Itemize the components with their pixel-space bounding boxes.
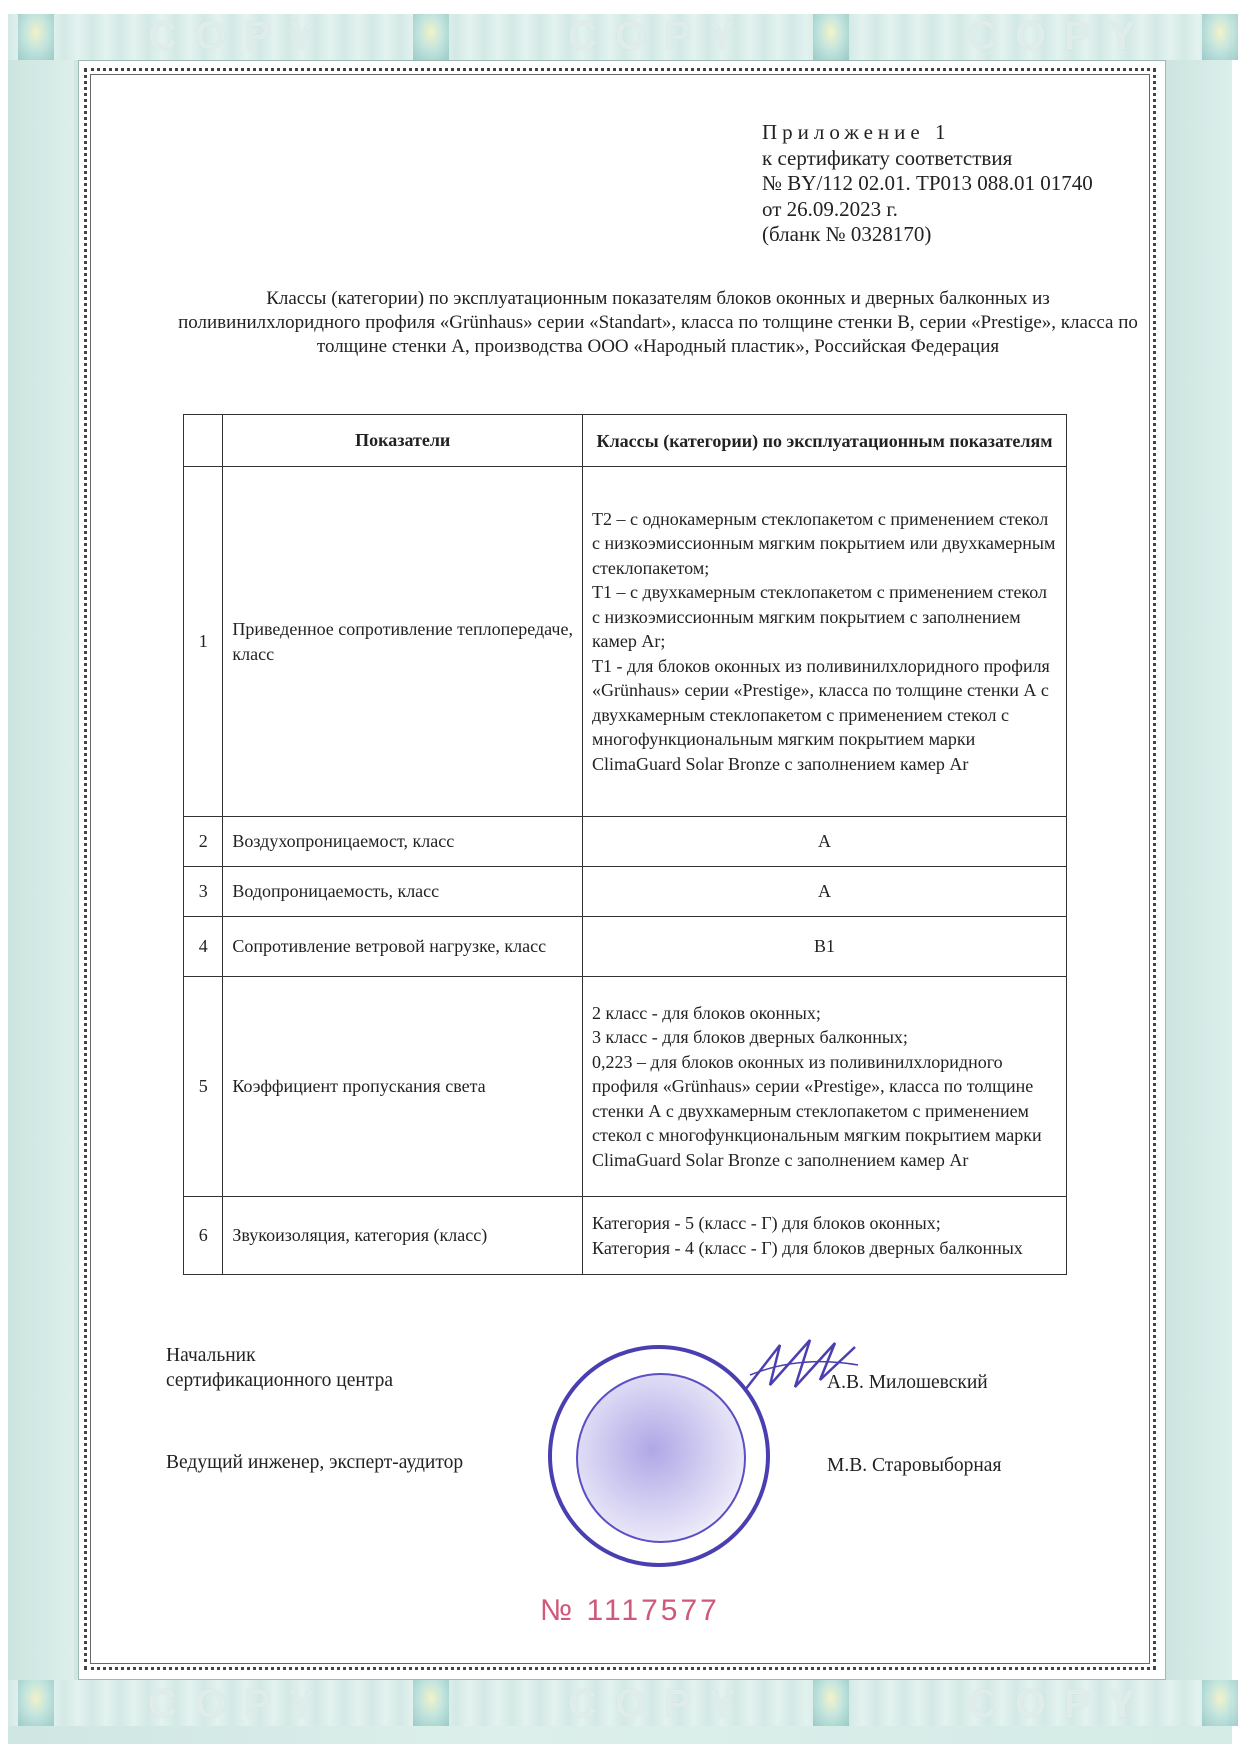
copy-watermark: COPY	[968, 1682, 1153, 1727]
table-row: 3 Водопроницаемость, класс А	[184, 867, 1067, 917]
copy-watermark: COPY	[148, 14, 333, 59]
bottom-copy-band: COPY COPY COPY	[8, 1680, 1232, 1726]
head-title-line1: Начальник	[166, 1343, 393, 1368]
table-row: 6 Звукоизоляция, категория (класс) Катег…	[184, 1197, 1067, 1275]
row-value: Категория - 5 (класс - Г) для блоков око…	[583, 1197, 1067, 1275]
appendix-header: Приложение 1 к сертификату соответствия …	[762, 120, 1093, 248]
row-num: 1	[184, 467, 223, 817]
certificate-number: № BY/112 02.01. ТР013 088.01 01740	[762, 171, 1093, 197]
header-indicator: Показатели	[223, 415, 583, 467]
right-security-strip	[1166, 60, 1232, 1680]
engineer-name: М.В. Старовыборная	[827, 1453, 1001, 1478]
hologram-icon	[18, 14, 54, 60]
appendix-title: Приложение 1	[762, 120, 1093, 146]
hologram-icon	[413, 1680, 449, 1726]
row-num: 4	[184, 917, 223, 977]
copy-watermark: COPY	[568, 1682, 753, 1727]
classes-table: Показатели Классы (категории) по эксплуа…	[183, 414, 1067, 1275]
hologram-icon	[1202, 14, 1238, 60]
table-row: 4 Сопротивление ветровой нагрузке, класс…	[184, 917, 1067, 977]
row-num: 6	[184, 1197, 223, 1275]
certificate-date: от 26.09.2023 г.	[762, 197, 1093, 223]
row-indicator: Сопротивление ветровой нагрузке, класс	[223, 917, 583, 977]
head-title: Начальник сертификационного центра	[166, 1343, 393, 1393]
row-value: 2 класс - для блоков оконных; 3 класс - …	[583, 977, 1067, 1197]
row-value: А	[583, 817, 1067, 867]
copy-watermark: COPY	[568, 14, 753, 59]
header-num	[184, 415, 223, 467]
top-copy-band: COPY COPY COPY	[8, 14, 1232, 60]
row-value: Т2 – с однокамерным стеклопакетом с прим…	[583, 467, 1067, 817]
hologram-icon	[18, 1680, 54, 1726]
table-row: 5 Коэффициент пропускания света 2 класс …	[184, 977, 1067, 1197]
table-header-row: Показатели Классы (категории) по эксплуа…	[184, 415, 1067, 467]
header-value: Классы (категории) по эксплуатационным п…	[583, 415, 1067, 467]
document-title: Классы (категории) по эксплуатационным п…	[178, 287, 1138, 359]
engineer-title: Ведущий инженер, эксперт-аудитор	[166, 1450, 463, 1475]
row-num: 3	[184, 867, 223, 917]
appendix-subtitle: к сертификату соответствия	[762, 146, 1093, 172]
table-row: 1 Приведенное сопротивление теплопередач…	[184, 467, 1067, 817]
left-security-strip	[8, 60, 74, 1680]
row-num: 2	[184, 817, 223, 867]
hologram-icon	[813, 1680, 849, 1726]
signature-icon	[740, 1335, 860, 1395]
row-indicator: Звукоизоляция, категория (класс)	[223, 1197, 583, 1275]
blank-number: (бланк № 0328170)	[762, 222, 1093, 248]
row-value: А	[583, 867, 1067, 917]
row-indicator: Водопроницаемость, класс	[223, 867, 583, 917]
copy-watermark: COPY	[968, 14, 1153, 59]
hologram-icon	[413, 14, 449, 60]
head-title-line2: сертификационного центра	[166, 1368, 393, 1393]
row-value: В1	[583, 917, 1067, 977]
row-indicator: Воздухопроницаемост, класс	[223, 817, 583, 867]
hologram-icon	[1202, 1680, 1238, 1726]
row-num: 5	[184, 977, 223, 1197]
row-indicator: Коэффициент пропускания света	[223, 977, 583, 1197]
official-stamp-icon	[548, 1345, 770, 1567]
hologram-icon	[813, 14, 849, 60]
serial-number: № 1117577	[540, 1594, 720, 1628]
row-indicator: Приведенное сопротивление теплопередаче,…	[223, 467, 583, 817]
table-row: 2 Воздухопроницаемост, класс А	[184, 817, 1067, 867]
copy-watermark: COPY	[148, 1682, 333, 1727]
